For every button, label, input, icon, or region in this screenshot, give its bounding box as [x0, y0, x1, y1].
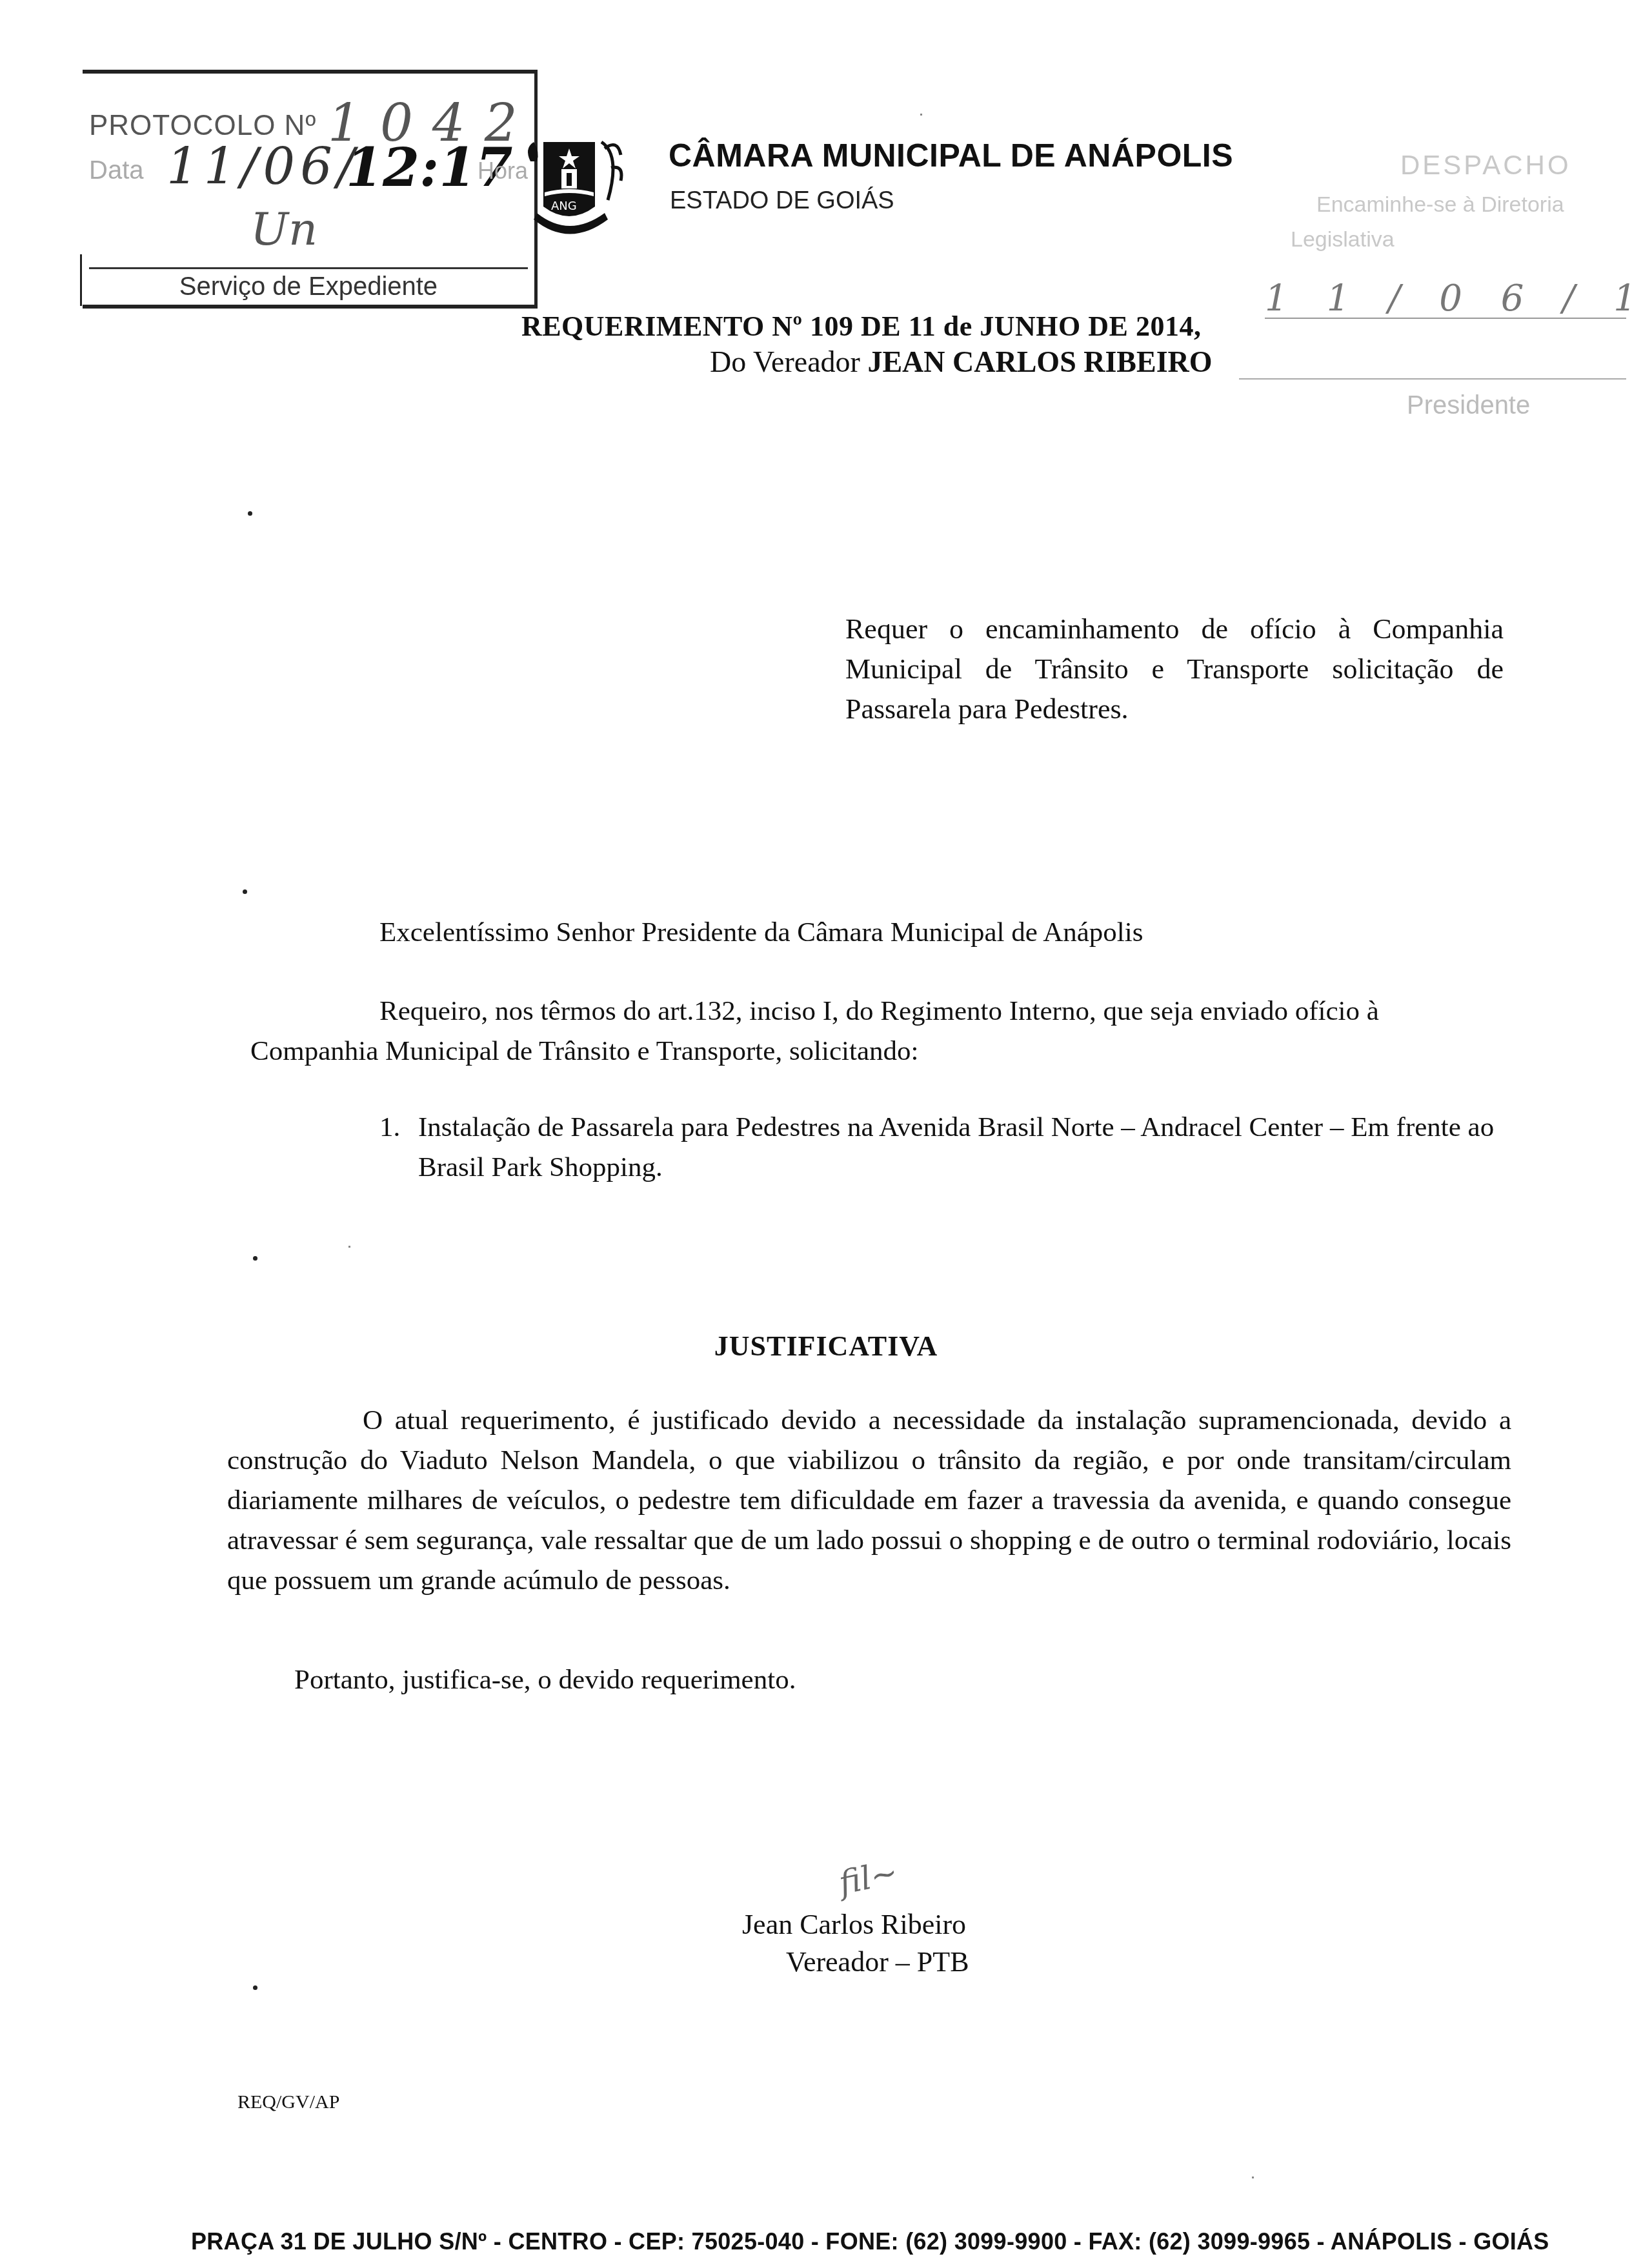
document-author: Do Vereador JEAN CARLOS RIBEIRO: [710, 345, 1213, 379]
scan-speck: [1252, 2177, 1254, 2178]
date-label: Data: [89, 156, 144, 185]
justification-closing: Portanto, justifica-se, o devido requeri…: [294, 1664, 796, 1696]
signature-scribble: fil~: [836, 1853, 901, 1902]
despacho-date-line: [1265, 318, 1626, 319]
summary-ementa: Requer o encaminhamento de ofício à Comp…: [845, 609, 1504, 729]
reference-code: REQ/GV/AP: [237, 2091, 339, 2113]
protocol-initials: Un: [250, 203, 317, 256]
justification-heading: JUSTIFICATIVA: [0, 1330, 1652, 1363]
svg-text:ANG: ANG: [551, 199, 577, 213]
stamp-divider: [89, 267, 528, 269]
protocol-stamp: PROTOCOLO Nº 1042 Data 11/06/ 12:17 Hora…: [83, 70, 538, 309]
despacho-line: Encaminhe-se à Diretoria: [1316, 192, 1564, 218]
scan-speck: [243, 889, 247, 894]
list-text: Instalação de Passarela para Pedestres n…: [418, 1112, 1494, 1182]
list-number: 1.: [379, 1108, 400, 1148]
scan-speck: [253, 1256, 257, 1261]
coat-of-arms-icon: ANG: [524, 129, 627, 245]
justification-paragraph: O atual requerimento, é justificado devi…: [227, 1401, 1511, 1601]
author-name: JEAN CARLOS RIBEIRO: [867, 345, 1212, 378]
despacho-signature-label: Presidente: [1407, 391, 1530, 420]
despacho-date: 11/06/14: [1265, 278, 1652, 320]
salutation: Excelentíssimo Senhor Presidente da Câma…: [379, 917, 1143, 948]
despacho-title: DESPACHO: [1400, 150, 1571, 181]
request-paragraph: Requeiro, nos têrmos do art.132, inciso …: [250, 991, 1502, 1071]
protocol-date: 11/06/: [166, 138, 359, 196]
request-list-item: 1. Instalação de Passarela para Pedestre…: [379, 1108, 1541, 1188]
despacho-line: Legislativa: [1291, 227, 1395, 252]
protocol-label: PROTOCOLO Nº: [89, 110, 316, 142]
stamp-footer: Serviço de Expediente: [83, 272, 534, 301]
signer-name: Jean Carlos Ribeiro: [742, 1908, 966, 1941]
address-footer: PRAÇA 31 DE JULHO S/Nº - CENTRO - CEP: 7…: [191, 2228, 1549, 2255]
signer-role: Vereador – PTB: [786, 1945, 969, 1978]
scan-speck: [248, 511, 252, 516]
author-prefix: Do Vereador: [710, 345, 860, 378]
institution-name: CÂMARA MUNICIPAL DE ANÁPOLIS: [669, 137, 1233, 174]
hour-label: Hora: [478, 157, 528, 185]
document-title: REQUERIMENTO Nº 109 DE 11 de JUNHO DE 20…: [521, 310, 1201, 343]
stamp-border: [80, 254, 82, 306]
scan-speck: [348, 1246, 350, 1248]
scan-speck: [920, 114, 922, 116]
scan-speck: [253, 1985, 257, 1990]
despacho-signature-line: [1239, 378, 1626, 380]
state-name: ESTADO DE GOIÁS: [670, 187, 894, 215]
